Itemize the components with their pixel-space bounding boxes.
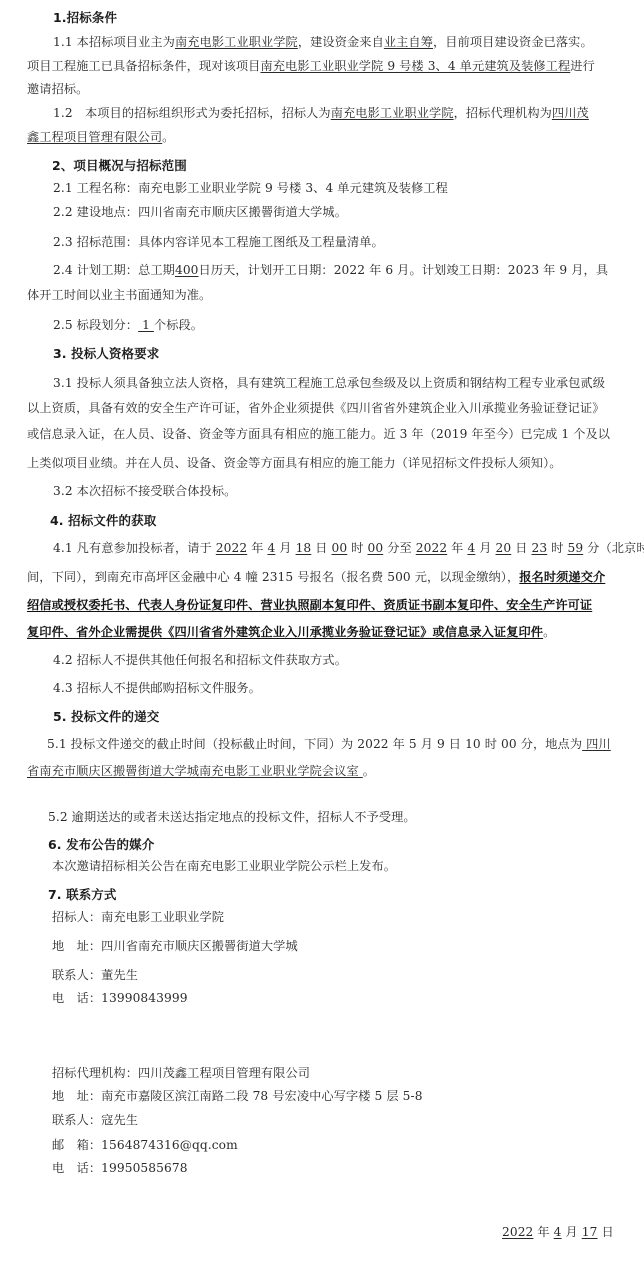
agent-name-part2: 鑫工程项目管理有限公司: [27, 130, 162, 144]
notice-date: 2022 年 4 月 17 日: [502, 1224, 614, 1240]
section-3-heading: 3. 投标人资格要求: [53, 346, 159, 362]
agent-name-part1: 四川茂: [552, 106, 589, 120]
item-2-1: 2.1 工程名称：南充电影工业职业学院 9 号楼 3、4 单元建筑及装修工程: [53, 180, 448, 196]
item-5-2: 5.2 逾期送达的或者未送达指定地点的投标文件，招标人不予受理。: [48, 809, 416, 825]
item-2-4: 2.4 计划工期：总工期400日历天，计划开工日期：2022 年 6 月。计划竣…: [53, 262, 608, 278]
item-3-1-cont1: 以上资质，具备有效的安全生产许可证，省外企业须提供《四川省省外建筑企业入川承揽业…: [27, 400, 605, 416]
project-name: 南充电影工业职业学院 9 号楼 3、4 单元建筑及装修工程: [260, 59, 570, 73]
required-docs: 绍信或授权委托书、代表人身份证复印件、营业执照副本复印件、资质证书副本复印件、安…: [27, 598, 592, 612]
item-4-1-cont1: 间，下同），到南充市高坪区金融中心 4 幢 2315 号报名（报名费 500 元…: [27, 569, 605, 585]
paragraph-1-1-end: 邀请招标。: [27, 81, 88, 97]
end-minute: 59: [567, 541, 583, 555]
section-5-heading: 5. 投标文件的递交: [53, 709, 159, 725]
end-day: 20: [496, 541, 512, 555]
start-day: 18: [296, 541, 312, 555]
owner-name: 南充电影工业职业学院: [175, 35, 298, 49]
item-4-2: 4.2 招标人不提供其他任何报名和招标文件获取方式。: [53, 652, 347, 668]
required-docs-end: 复印件、省外企业需提供《四川省省外建筑企业入川承揽业务验证登记证》或信息录入证复…: [27, 625, 543, 639]
agent-name-row: 招标代理机构：四川茂鑫工程项目管理有限公司: [52, 1065, 310, 1081]
agent-email: 1564874316@qq.com: [101, 1138, 238, 1152]
paragraph-1-1-cont: 项目工程施工已具备招标条件，现对该项目南充电影工业职业学院 9 号楼 3、4 单…: [27, 58, 595, 74]
item-4-1-cont3: 复印件、省外企业需提供《四川省省外建筑企业入川承揽业务验证登记证》或信息录入证复…: [27, 624, 555, 640]
paragraph-1-2: 1.2 本项目的招标组织形式为委托招标，招标人为南充电影工业职业学院，招标代理机…: [53, 105, 589, 121]
item-3-1-cont2: 或信息录入证，在人员、设备、资金等方面具有相应的施工能力。近 3 年（2019 …: [27, 426, 610, 442]
item-3-2: 3.2 本次招标不接受联合体投标。: [53, 483, 236, 499]
agent-contact-row: 联系人：寇先生: [52, 1112, 138, 1128]
item-2-2: 2.2 建设地点：四川省南充市顺庆区搬罾街道大学城。: [53, 204, 347, 220]
paragraph-1-1: 1.1 本招标项目业主为南充电影工业职业学院，建设资金来自业主自筹，目前项目建设…: [53, 34, 593, 50]
agent-email-row: 邮 箱：1564874316@qq.com: [52, 1137, 238, 1153]
item-2-3: 2.3 招标范围：具体内容详见本工程施工图纸及工程量清单。: [53, 234, 384, 250]
paragraph-1-2-cont: 鑫工程项目管理有限公司。: [27, 129, 174, 145]
item-4-1: 4.1 凡有意参加投标者，请于 2022 年 4 月 18 日 00 时 00 …: [53, 540, 644, 556]
end-year: 2022: [416, 541, 447, 555]
required-docs-start: 报名时须递交介: [519, 570, 605, 584]
lot-count: 1: [138, 318, 154, 332]
agent-phone-row: 电 话：19950585678: [52, 1160, 188, 1176]
item-4-1-cont2: 绍信或授权委托书、代表人身份证复印件、营业执照副本复印件、资质证书副本复印件、安…: [27, 597, 592, 613]
tenderer-name-row: 招标人：南充电影工业职业学院: [52, 909, 224, 925]
section-1-heading: 1.招标条件: [53, 10, 117, 26]
item-2-5: 2.5 标段划分： 1 个标段。: [53, 317, 203, 333]
duration-days: 400: [175, 263, 199, 277]
fund-source: 业主自筹: [384, 35, 433, 49]
item-2-4-cont: 体开工时间以业主书面通知为准。: [27, 287, 211, 303]
start-hour: 00: [332, 541, 348, 555]
item-5-1: 5.1 投标文件递交的截止时间（投标截止时间，下同）为 2022 年 5 月 9…: [47, 736, 611, 752]
submission-location-start: 四川: [582, 737, 611, 751]
start-year: 2022: [216, 541, 247, 555]
item-3-1: 3.1 投标人须具备独立法人资格，具有建筑工程施工总承包叁级及以上资质和钢结构工…: [53, 375, 605, 391]
tenderer-name: 南充电影工业职业学院: [331, 106, 454, 120]
item-5-1-cont: 省南充市顺庆区搬罾街道大学城南充电影工业职业学院会议室 。: [27, 763, 375, 779]
agent-address-row: 地 址：南充市嘉陵区滨江南路二段 78 号宏凌中心写字楼 5 层 5-8: [52, 1088, 423, 1104]
section-2-heading: 2、项目概况与招标范围: [52, 158, 187, 174]
section-6-heading: 6. 发布公告的媒介: [48, 837, 154, 853]
section-7-heading: 7. 联系方式: [48, 887, 117, 903]
submission-location: 省南充市顺庆区搬罾街道大学城南充电影工业职业学院会议室: [27, 764, 363, 778]
tenderer-contact-row: 联系人：董先生: [52, 967, 138, 983]
item-6-text: 本次邀请招标相关公告在南充电影工业职业学院公示栏上发布。: [52, 858, 396, 874]
item-4-3: 4.3 招标人不提供邮购招标文件服务。: [53, 680, 261, 696]
tenderer-address-row: 地 址：四川省南充市顺庆区搬罾街道大学城: [52, 938, 298, 954]
start-minute: 00: [368, 541, 384, 555]
item-3-1-cont3: 上类似项目业绩。并在人员、设备、资金等方面具有相应的施工能力（详见招标文件投标人…: [27, 455, 562, 471]
tenderer-phone-row: 电 话：13990843999: [52, 990, 188, 1006]
end-hour: 23: [532, 541, 548, 555]
section-4-heading: 4. 招标文件的获取: [50, 513, 156, 529]
